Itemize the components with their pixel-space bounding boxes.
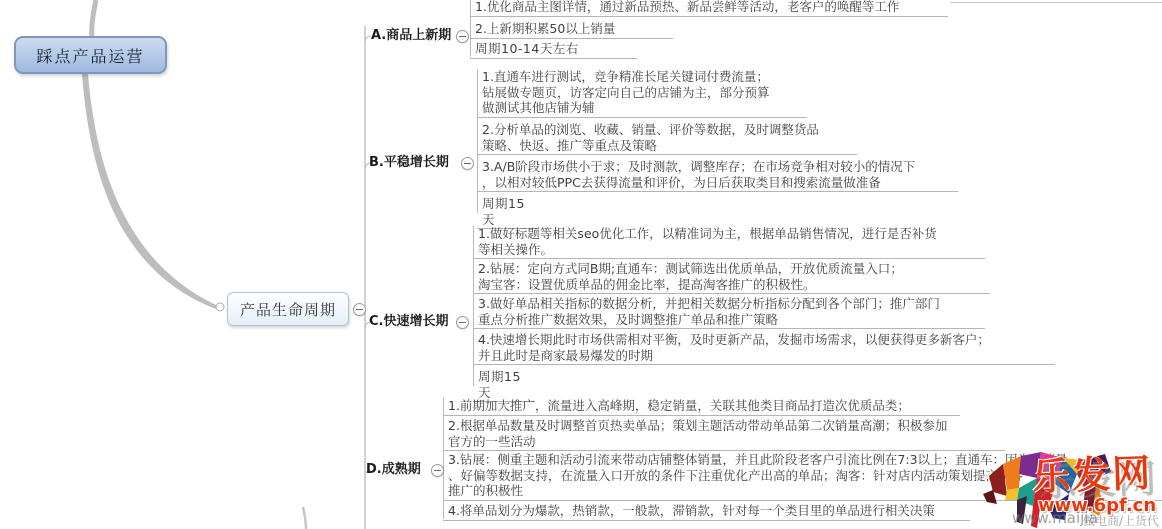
topic-item[interactable]: 2.根据单品数量及时调整首页热卖单品；策划主题活动带动单品第二次销量高潮；积极参… — [443, 418, 1005, 451]
collapse-button-c[interactable] — [456, 316, 469, 329]
node-anchor-circle — [216, 303, 224, 311]
root-branch-curve — [82, 74, 216, 309]
topic-item[interactable]: 3.A/B阶段市场供小于求；及时测款，调整库存；在市场竞争相对较小的情况下 ，以… — [477, 159, 958, 192]
topic-item[interactable]: 2.上新期积累50以上销量 — [470, 21, 673, 39]
root-topic[interactable]: 踩点产品运营 — [14, 36, 167, 74]
collapse-button-b[interactable] — [461, 157, 474, 170]
topic-item[interactable]: 周期10-14天左右 — [470, 41, 637, 59]
topic-item[interactable]: 1.直通车进行测试，竞争精准长尾关键词付费流量； 钻展做专题页，访客定向自己的店… — [477, 69, 807, 118]
main-topic[interactable]: 产品生命周期 — [227, 292, 349, 326]
topic-item[interactable]: 4.快速增长期此时市场供需相对平衡，及时更新产品，发掘市场需求，以便获得更多新客… — [473, 332, 1055, 365]
topic-item[interactable]: 3.钻展：侧重主题和活动引流来带动店铺整体销量，并且此阶段老客户引流比例在7:3… — [443, 452, 1162, 501]
branch-label-c[interactable]: C.快速增长期 — [369, 314, 448, 330]
collapse-button-a[interactable] — [456, 30, 469, 43]
branch-label-b[interactable]: B.平稳增长期 — [369, 155, 449, 171]
collapse-button-main[interactable] — [353, 303, 366, 316]
mindmap-canvas: 踩点产品运营 产品生命周期 A.商品上新期 B.平稳增长期 C.快速增长期 D.… — [0, 0, 1162, 529]
topic-item[interactable]: 2.分析单品的浏览、收藏、销量、评价等数据，及时调整货品 策略、快返、推广等重点… — [477, 122, 857, 155]
topic-item[interactable]: 3.做好单品相关指标的数据分析，并把相关数据分析指标分配到各个部门；推广部门 重… — [473, 296, 985, 329]
topic-item[interactable]: 1.做好标题等相关seo优化工作，以精准词为主，根据单品销售情况，进行是否补货 … — [473, 226, 985, 259]
topic-item[interactable]: 1.前期加大推广，流量进入高峰期，稳定销量，关联其他类目商品打造次优质品类； — [443, 398, 960, 416]
topic-item[interactable]: 4.将单品划分为爆款，热销款，一般款，滞销款，针对每一个类目里的单品进行相关决策 — [443, 503, 970, 521]
topic-item[interactable]: 2.钻展：定向方式同B期;直通车：测试筛选出优质单品，开放优质流量入口； 淘宝客… — [473, 261, 990, 294]
branch-label-d[interactable]: D.成熟期 — [366, 462, 421, 478]
branch-label-a[interactable]: A.商品上新期 — [371, 28, 451, 44]
root-branch-curve-down — [303, 507, 306, 529]
root-branch-curve-up — [92, 0, 96, 38]
topic-item[interactable]: 周期15天 — [477, 196, 539, 229]
topic-item[interactable]: 1.优化商品主图详情，通过新品预热、新品尝鲜等活动，老客户的唤醒等工作 — [470, 0, 948, 17]
